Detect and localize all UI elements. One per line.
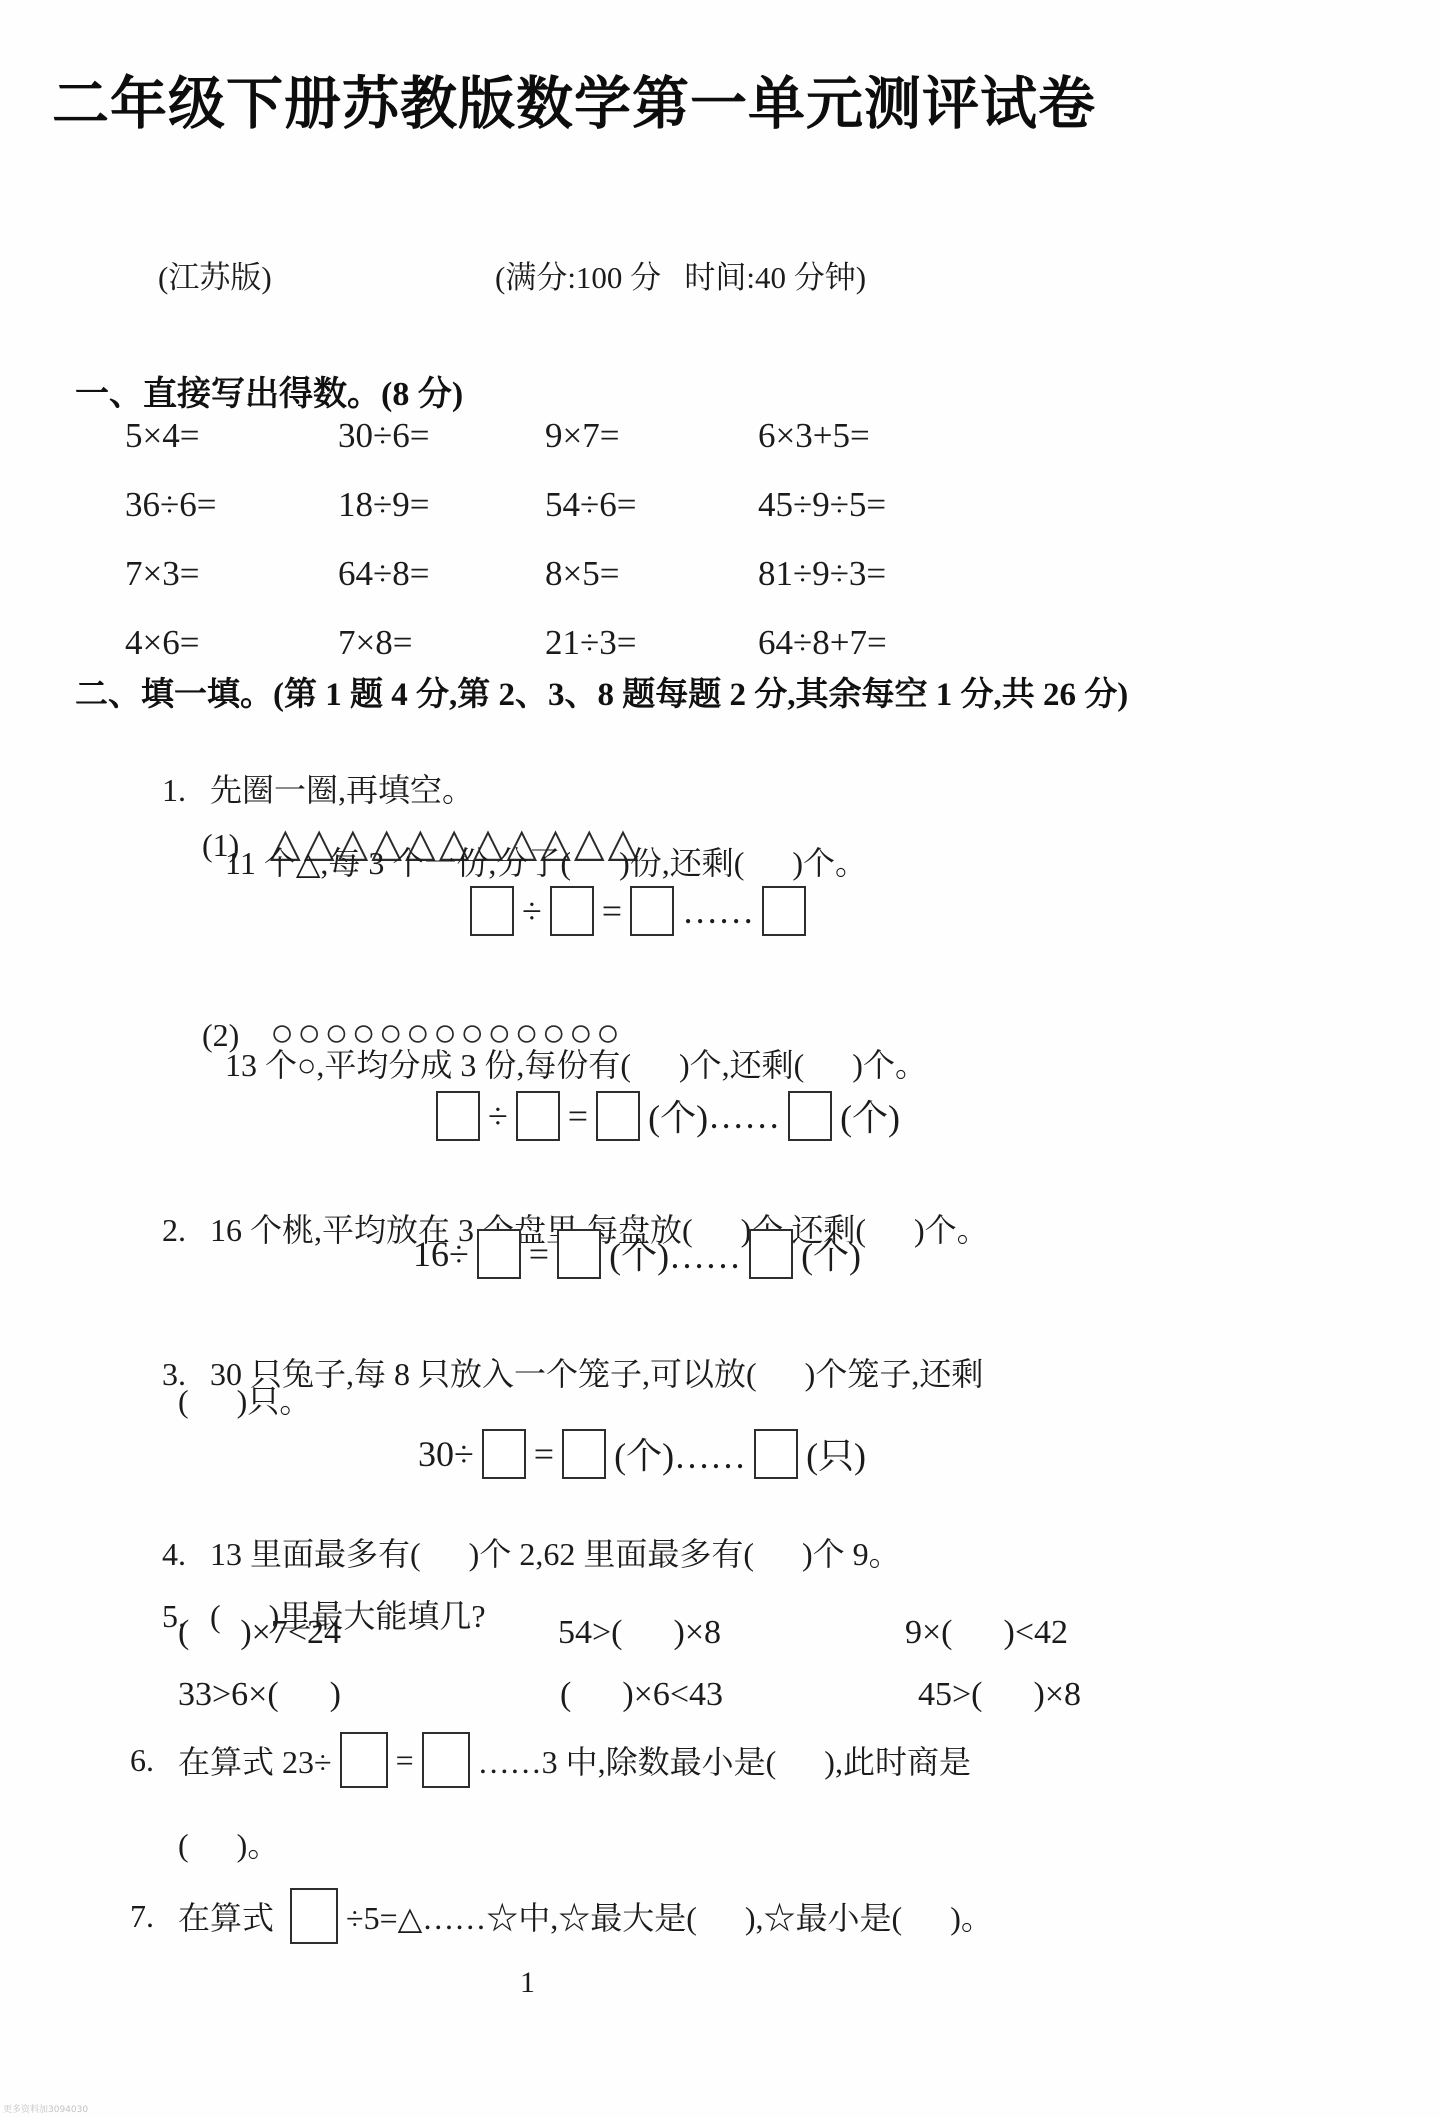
unit-label: (只) bbox=[806, 1428, 866, 1479]
inequality-item: 45>( )×8 bbox=[918, 1676, 1081, 1714]
answer-box bbox=[477, 1229, 521, 1279]
math-problem: 7×8= bbox=[338, 623, 545, 663]
question-7: 7. 在算式 ÷5=△……☆中,☆最大是( ),☆最小是( )。 bbox=[130, 1888, 993, 1944]
question-number: 7. bbox=[130, 1898, 178, 1935]
math-problem: 21÷3= bbox=[545, 623, 758, 663]
divide-sign: ÷ bbox=[488, 1095, 508, 1137]
answer-box bbox=[630, 886, 674, 936]
math-problem: 64÷8= bbox=[338, 554, 545, 594]
question-number: 2. bbox=[162, 1212, 210, 1249]
equation-blank-row: ÷ = …… bbox=[462, 886, 814, 936]
answer-box bbox=[788, 1091, 832, 1141]
math-problem: 54÷6= bbox=[545, 485, 758, 525]
score-time-meta: (满分:100 分 时间:40 分钟) bbox=[495, 252, 866, 297]
math-problem: 36÷6= bbox=[125, 485, 338, 525]
question-1-part-1-text: 11 个△,每 3 个一份,分了( )份,还剩( )个。 bbox=[225, 838, 867, 884]
unit-label: (个) bbox=[648, 1090, 708, 1141]
math-problem: 18÷9= bbox=[338, 485, 545, 525]
unit-label: (个) bbox=[840, 1090, 900, 1141]
answer-box bbox=[516, 1091, 560, 1141]
answer-box bbox=[436, 1091, 480, 1141]
answer-box bbox=[754, 1429, 798, 1479]
math-problem: 7×3= bbox=[125, 554, 338, 594]
inequality-item: 9×( )<42 bbox=[905, 1614, 1068, 1652]
question-text: ……3 中,除数最小是( ),此时商是 bbox=[478, 1737, 971, 1783]
equation-prefix: 16÷ bbox=[413, 1233, 469, 1275]
math-problem: 30÷6= bbox=[338, 416, 545, 456]
section-two-heading: 二、填一填。(第 1 题 4 分,第 2、3、8 题每题 2 分,其余每空 1 … bbox=[75, 668, 1128, 715]
question-6: 6. 在算式 23÷ = ……3 中,除数最小是( ),此时商是 bbox=[130, 1732, 971, 1788]
equation-blank-row: 30÷ = (个)…… (只) bbox=[418, 1428, 866, 1479]
equals-sign: = bbox=[602, 890, 622, 932]
answer-box bbox=[290, 1888, 338, 1944]
answer-box bbox=[340, 1732, 388, 1788]
equation-blank-row: ÷ = (个) …… (个) bbox=[428, 1090, 900, 1141]
inequality-item: ( )×6<43 bbox=[560, 1676, 723, 1714]
answer-box bbox=[550, 886, 594, 936]
question-text: 在算式 23÷ bbox=[178, 1737, 332, 1783]
inequality-item: 33>6×( ) bbox=[178, 1676, 341, 1714]
answer-box bbox=[562, 1429, 606, 1479]
answer-box bbox=[422, 1732, 470, 1788]
math-problem: 64÷8+7= bbox=[758, 623, 1048, 663]
question-3-continued: ( )只。 bbox=[178, 1376, 311, 1422]
edition-label: (江苏版) bbox=[158, 252, 272, 297]
page-number: 1 bbox=[520, 1966, 535, 2000]
math-problem: 8×5= bbox=[545, 554, 758, 594]
inequality-item: 54>( )×8 bbox=[558, 1614, 721, 1652]
watermark-text: 更多资料加3094030 bbox=[3, 2102, 88, 2115]
question-text: ÷5=△……☆中,☆最大是( ),☆最小是( )。 bbox=[346, 1893, 993, 1939]
question-number: 6. bbox=[130, 1742, 178, 1779]
math-problem: 5×4= bbox=[125, 416, 338, 456]
math-problem: 45÷9÷5= bbox=[758, 485, 1048, 525]
equation-blank-row: 16÷ = (个)…… (个) bbox=[413, 1228, 861, 1279]
answer-box bbox=[470, 886, 514, 936]
equals-sign: = bbox=[568, 1095, 588, 1137]
answer-box bbox=[482, 1429, 526, 1479]
answer-box bbox=[762, 886, 806, 936]
divide-sign: ÷ bbox=[522, 890, 542, 932]
unit-and-dots: (个)…… bbox=[609, 1228, 741, 1279]
equals-sign: = bbox=[529, 1233, 549, 1275]
answer-box bbox=[749, 1229, 793, 1279]
page-title: 二年级下册苏教版数学第一单元测评试卷 bbox=[52, 58, 1096, 140]
answer-box bbox=[596, 1091, 640, 1141]
unit-label: (个) bbox=[801, 1228, 861, 1279]
question-text: 在算式 bbox=[178, 1893, 282, 1939]
answer-box bbox=[557, 1229, 601, 1279]
question-text: 30 只兔子,每 8 只放入一个笼子,可以放( )个笼子,还剩 bbox=[210, 1356, 983, 1392]
question-1-part-2-text: 13 个○,平均分成 3 份,每份有( )个,还剩( )个。 bbox=[225, 1040, 927, 1086]
test-paper-page: 二年级下册苏教版数学第一单元测评试卷 (江苏版) (满分:100 分 时间:40… bbox=[0, 0, 1440, 2117]
math-problem: 81÷9÷3= bbox=[758, 554, 1048, 594]
unit-and-dots: (个)…… bbox=[614, 1428, 746, 1479]
question-6-continued: ( )。 bbox=[178, 1820, 279, 1866]
math-problem: 4×6= bbox=[125, 623, 338, 663]
remainder-dots: …… bbox=[682, 890, 754, 932]
equals-sign: = bbox=[396, 1742, 414, 1779]
section-one-heading: 一、直接写出得数。(8 分) bbox=[75, 366, 463, 415]
equals-sign: = bbox=[534, 1433, 554, 1475]
inequality-item: ( )×7<24 bbox=[178, 1614, 341, 1652]
equation-prefix: 30÷ bbox=[418, 1433, 474, 1475]
mental-math-grid: 5×4= 30÷6= 9×7= 6×3+5= 36÷6= 18÷9= 54÷6=… bbox=[125, 416, 1048, 663]
math-problem: 6×3+5= bbox=[758, 416, 1048, 456]
math-problem: 9×7= bbox=[545, 416, 758, 456]
remainder-dots: …… bbox=[708, 1095, 780, 1137]
